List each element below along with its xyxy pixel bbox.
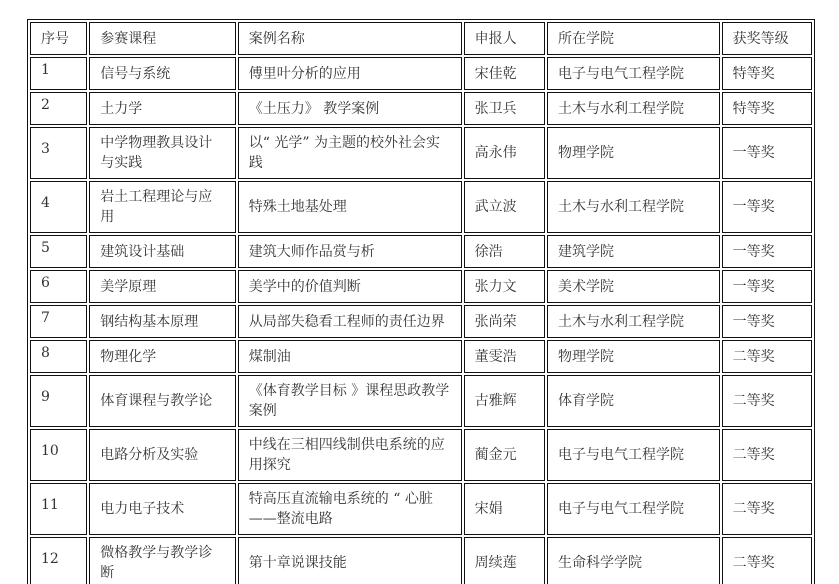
table-header-row: 序号 参赛课程 案例名称 申报人 所在学院 获奖等级 bbox=[30, 22, 812, 55]
cell-college: 物理学院 bbox=[547, 340, 720, 373]
cell-award-level: 二等奖 bbox=[722, 483, 812, 535]
cell-college: 土木与水利工程学院 bbox=[547, 181, 720, 233]
cell-college: 建筑学院 bbox=[547, 235, 720, 268]
cell-case-name: 第十章说课技能 bbox=[238, 537, 462, 584]
cell-applicant: 徐浩 bbox=[464, 235, 545, 268]
table-row: 7钢结构基本原理从局部失稳看工程师的责任边界张尚荣土木与水利工程学院一等奖 bbox=[30, 305, 812, 338]
cell-applicant: 宋佳乾 bbox=[464, 57, 545, 90]
cell-college: 电子与电气工程学院 bbox=[547, 429, 720, 481]
cell-course: 钢结构基本原理 bbox=[89, 305, 236, 338]
header-applicant: 申报人 bbox=[464, 22, 545, 55]
row-number: 4 bbox=[41, 195, 50, 211]
header-no: 序号 bbox=[30, 22, 87, 55]
cell-college: 美术学院 bbox=[547, 270, 720, 303]
cell-course: 体育课程与教学论 bbox=[89, 375, 236, 427]
cell-award-level: 二等奖 bbox=[722, 340, 812, 373]
table-row: 6美学原理美学中的价值判断张力文美术学院一等奖 bbox=[30, 270, 812, 303]
row-number: 2 bbox=[41, 97, 50, 113]
cell-case-name: 从局部失稳看工程师的责任边界 bbox=[238, 305, 462, 338]
cell-applicant: 张尚荣 bbox=[464, 305, 545, 338]
header-case: 案例名称 bbox=[238, 22, 462, 55]
cell-applicant: 董雯浩 bbox=[464, 340, 545, 373]
cell-college: 体育学院 bbox=[547, 375, 720, 427]
cell-case-name: 建筑大师作品赏与析 bbox=[238, 235, 462, 268]
cell-no: 8 bbox=[30, 340, 87, 373]
cell-applicant: 蔺金元 bbox=[464, 429, 545, 481]
cell-college: 生命科学学院 bbox=[547, 537, 720, 584]
cell-applicant: 武立波 bbox=[464, 181, 545, 233]
cell-case-name: 《土压力》 教学案例 bbox=[238, 92, 462, 125]
cell-applicant: 张力文 bbox=[464, 270, 545, 303]
cell-award-level: 一等奖 bbox=[722, 127, 812, 179]
header-college: 所在学院 bbox=[547, 22, 720, 55]
cell-case-name: 中线在三相四线制供电系统的应用探究 bbox=[238, 429, 462, 481]
header-course: 参赛课程 bbox=[89, 22, 236, 55]
cell-case-name: 特殊土地基处理 bbox=[238, 181, 462, 233]
cell-course: 电路分析及实验 bbox=[89, 429, 236, 481]
cell-no: 5 bbox=[30, 235, 87, 268]
table-row: 2土力学《土压力》 教学案例张卫兵土木与水利工程学院特等奖 bbox=[30, 92, 812, 125]
cell-case-name: 傅里叶分析的应用 bbox=[238, 57, 462, 90]
cell-course: 电力电子技术 bbox=[89, 483, 236, 535]
cell-course: 建筑设计基础 bbox=[89, 235, 236, 268]
cell-course: 物理化学 bbox=[89, 340, 236, 373]
cell-case-name: 美学中的价值判断 bbox=[238, 270, 462, 303]
cell-no: 10 bbox=[30, 429, 87, 481]
table-row: 3中学物理教具设计与实践以“ 光学” 为主题的校外社会实践高永伟物理学院一等奖 bbox=[30, 127, 812, 179]
row-number: 8 bbox=[41, 345, 50, 361]
cell-no: 12 bbox=[30, 537, 87, 584]
cell-applicant: 高永伟 bbox=[464, 127, 545, 179]
awards-table: 序号 参赛课程 案例名称 申报人 所在学院 获奖等级 1信号与系统傅里叶分析的应… bbox=[27, 19, 815, 584]
cell-no: 11 bbox=[30, 483, 87, 535]
cell-course: 岩土工程理论与应用 bbox=[89, 181, 236, 233]
cell-no: 9 bbox=[30, 375, 87, 427]
row-number: 3 bbox=[41, 141, 50, 157]
cell-case-name: 以“ 光学” 为主题的校外社会实践 bbox=[238, 127, 462, 179]
row-number: 1 bbox=[41, 62, 50, 78]
cell-college: 电子与电气工程学院 bbox=[547, 483, 720, 535]
cell-no: 1 bbox=[30, 57, 87, 90]
cell-course: 信号与系统 bbox=[89, 57, 236, 90]
cell-award-level: 二等奖 bbox=[722, 375, 812, 427]
cell-applicant: 张卫兵 bbox=[464, 92, 545, 125]
cell-college: 物理学院 bbox=[547, 127, 720, 179]
row-number: 5 bbox=[41, 240, 50, 256]
cell-no: 3 bbox=[30, 127, 87, 179]
cell-applicant: 古雅辉 bbox=[464, 375, 545, 427]
row-number: 11 bbox=[41, 497, 59, 513]
table-row: 9体育课程与教学论《体育教学目标 》课程思政教学案例古雅辉体育学院二等奖 bbox=[30, 375, 812, 427]
table-row: 8物理化学煤制油董雯浩物理学院二等奖 bbox=[30, 340, 812, 373]
cell-course: 微格教学与教学诊断 bbox=[89, 537, 236, 584]
cell-award-level: 一等奖 bbox=[722, 270, 812, 303]
cell-college: 土木与水利工程学院 bbox=[547, 92, 720, 125]
cell-award-level: 二等奖 bbox=[722, 537, 812, 584]
row-number: 7 bbox=[41, 310, 50, 326]
cell-applicant: 周续莲 bbox=[464, 537, 545, 584]
cell-applicant: 宋娟 bbox=[464, 483, 545, 535]
cell-no: 6 bbox=[30, 270, 87, 303]
row-number: 9 bbox=[41, 389, 50, 405]
cell-case-name: 煤制油 bbox=[238, 340, 462, 373]
row-number: 12 bbox=[41, 551, 59, 567]
cell-award-level: 特等奖 bbox=[722, 57, 812, 90]
row-number: 10 bbox=[41, 443, 59, 459]
table-row: 12微格教学与教学诊断第十章说课技能周续莲生命科学学院二等奖 bbox=[30, 537, 812, 584]
cell-course: 美学原理 bbox=[89, 270, 236, 303]
cell-course: 土力学 bbox=[89, 92, 236, 125]
cell-course: 中学物理教具设计与实践 bbox=[89, 127, 236, 179]
cell-award-level: 特等奖 bbox=[722, 92, 812, 125]
cell-award-level: 一等奖 bbox=[722, 181, 812, 233]
cell-college: 电子与电气工程学院 bbox=[547, 57, 720, 90]
cell-case-name: 特高压直流输电系统的 “ 心脏——整流电路 bbox=[238, 483, 462, 535]
table-row: 11电力电子技术特高压直流输电系统的 “ 心脏——整流电路宋娟电子与电气工程学院… bbox=[30, 483, 812, 535]
table-row: 4岩土工程理论与应用特殊土地基处理武立波土木与水利工程学院一等奖 bbox=[30, 181, 812, 233]
cell-no: 4 bbox=[30, 181, 87, 233]
table-row: 10电路分析及实验中线在三相四线制供电系统的应用探究蔺金元电子与电气工程学院二等… bbox=[30, 429, 812, 481]
table-row: 5建筑设计基础建筑大师作品赏与析徐浩建筑学院一等奖 bbox=[30, 235, 812, 268]
table-body: 1信号与系统傅里叶分析的应用宋佳乾电子与电气工程学院特等奖2土力学《土压力》 教… bbox=[30, 57, 812, 584]
cell-award-level: 二等奖 bbox=[722, 429, 812, 481]
cell-case-name: 《体育教学目标 》课程思政教学案例 bbox=[238, 375, 462, 427]
header-award: 获奖等级 bbox=[722, 22, 812, 55]
cell-no: 2 bbox=[30, 92, 87, 125]
table-row: 1信号与系统傅里叶分析的应用宋佳乾电子与电气工程学院特等奖 bbox=[30, 57, 812, 90]
row-number: 6 bbox=[41, 275, 50, 291]
cell-award-level: 一等奖 bbox=[722, 235, 812, 268]
cell-no: 7 bbox=[30, 305, 87, 338]
cell-college: 土木与水利工程学院 bbox=[547, 305, 720, 338]
cell-award-level: 一等奖 bbox=[722, 305, 812, 338]
